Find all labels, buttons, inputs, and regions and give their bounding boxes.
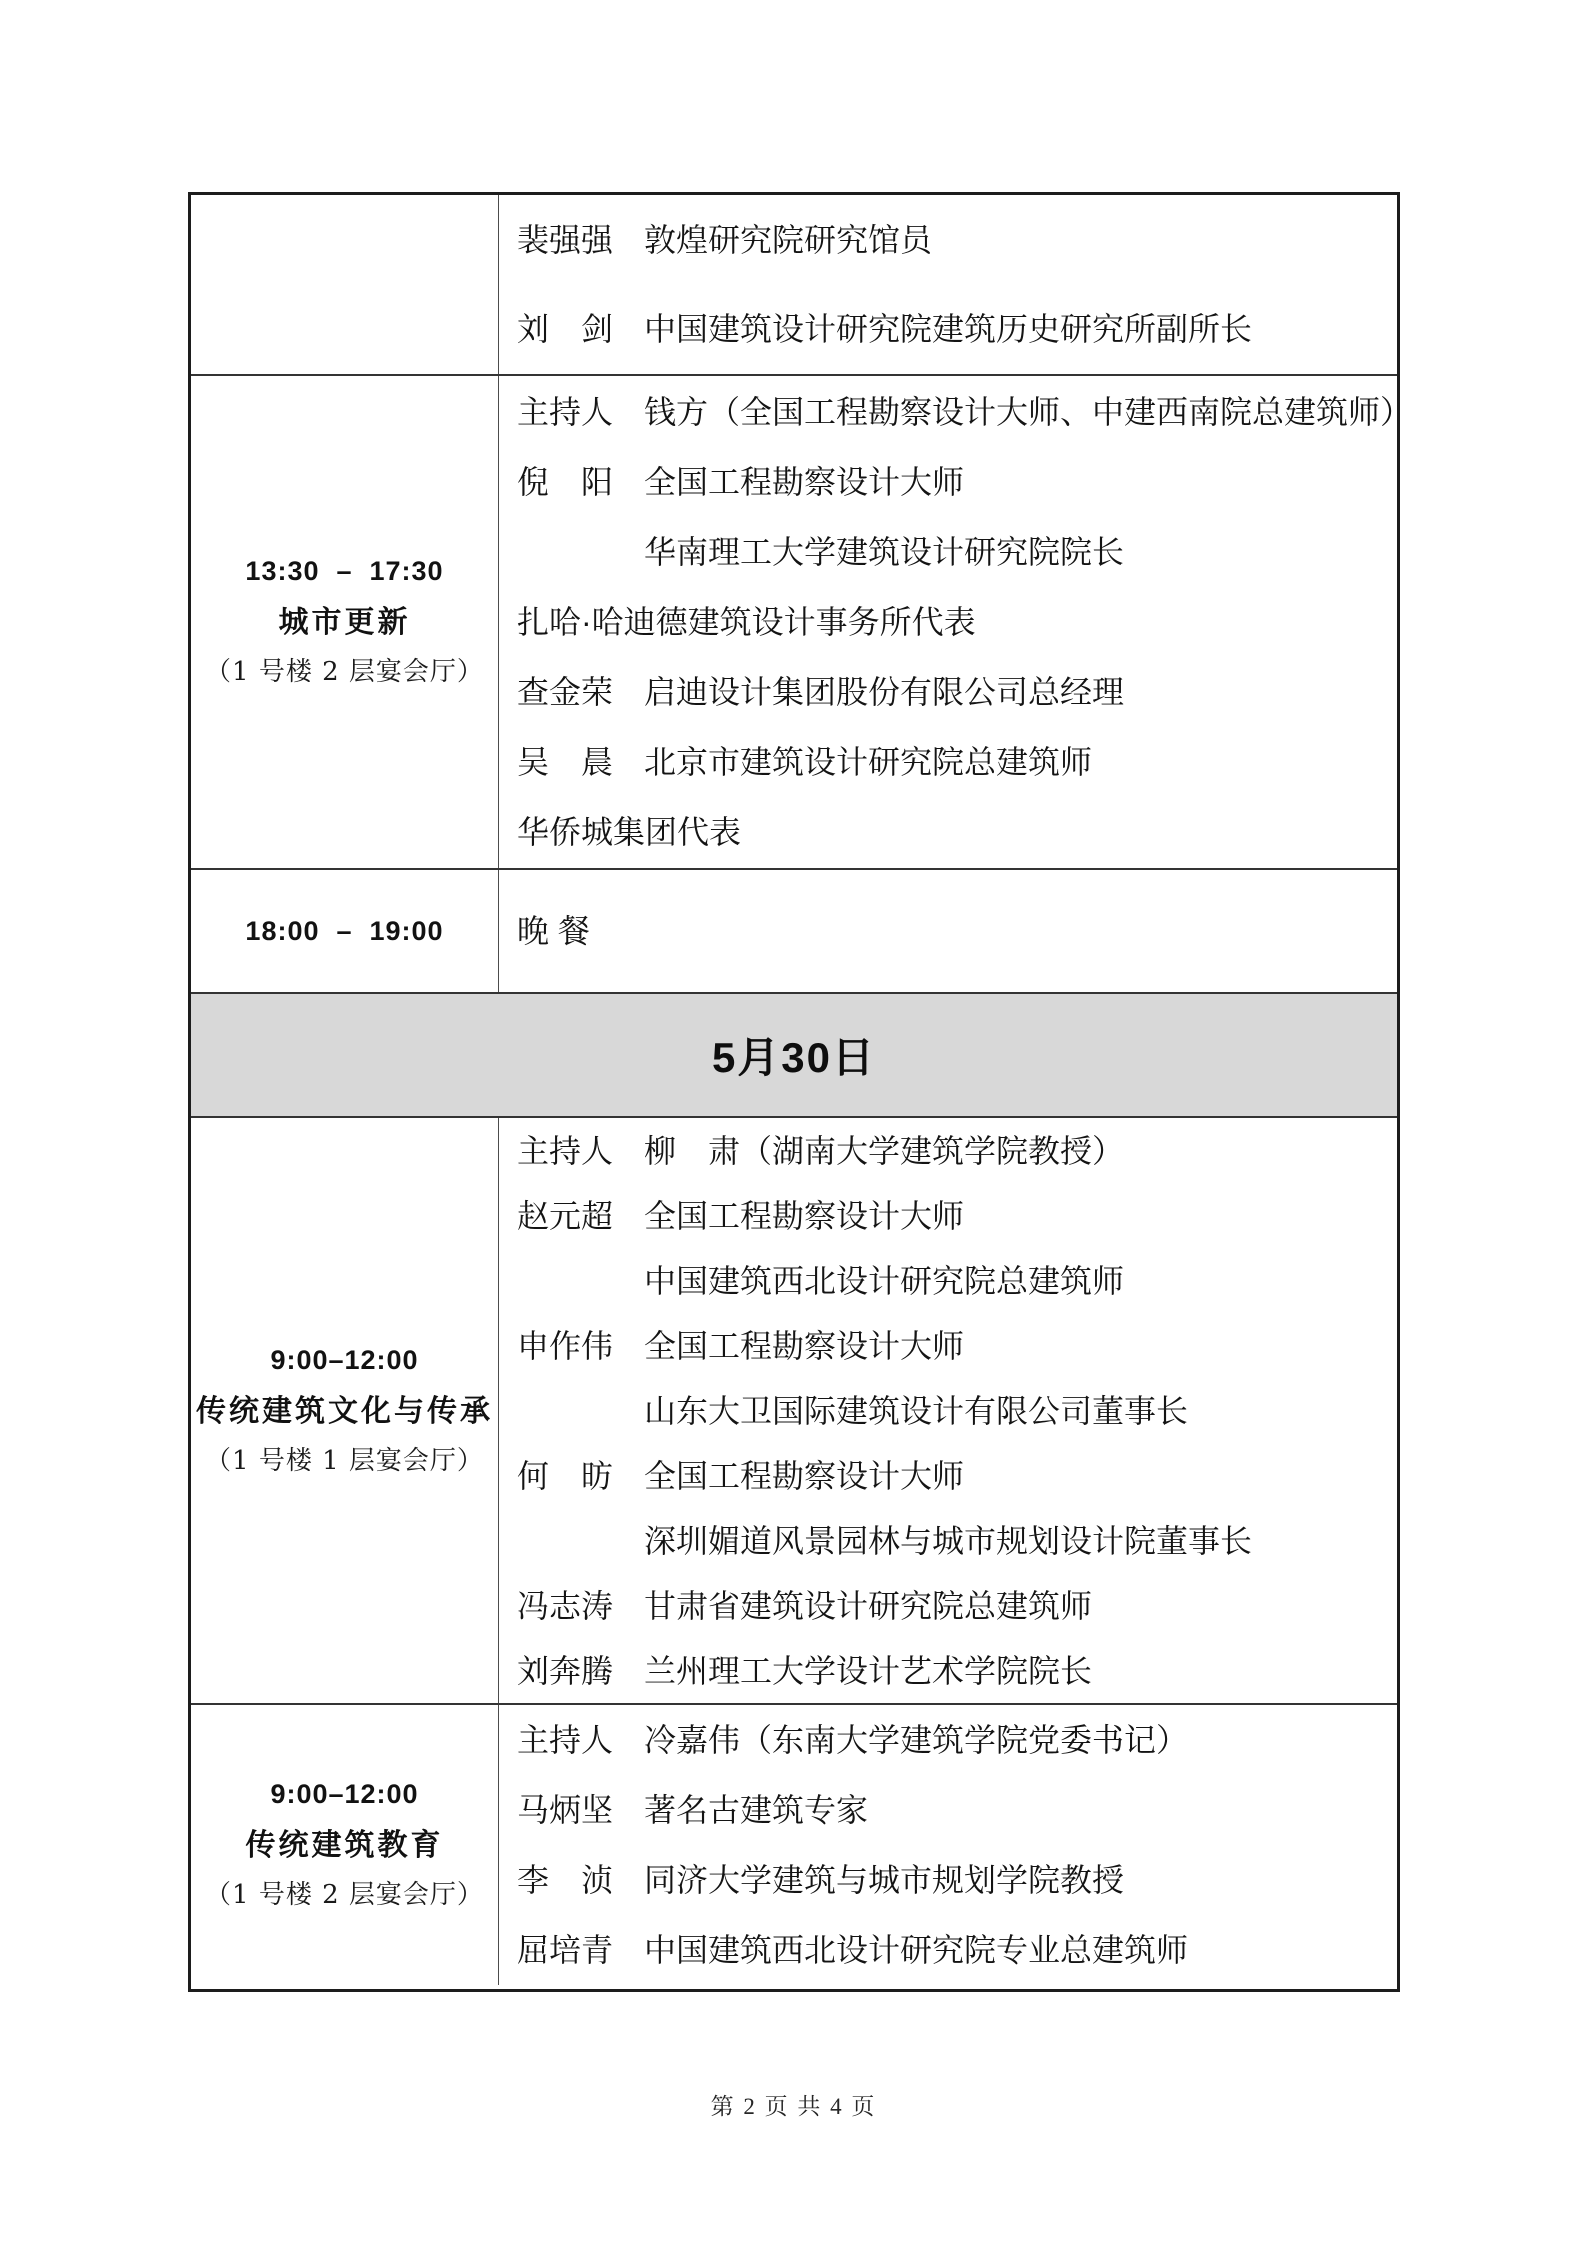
document-page: 裴强强敦煌研究院研究馆员 刘 剑中国建筑设计研究院建筑历史研究所副所长 13:3… (0, 0, 1587, 2245)
detail-line: 赵元超全国工程勘察设计大师 (517, 1183, 1397, 1248)
speaker-title: 甘肃省建筑设计研究院总建筑师 (644, 1590, 1092, 1622)
speaker-name: 马炳坚 (517, 1794, 644, 1826)
speaker-title: 北京市建筑设计研究院总建筑师 (644, 746, 1092, 778)
table-row: 9:00–12:00 传统建筑文化与传承 （1 号楼 1 层宴会厅） 主持人柳 … (191, 1118, 1397, 1705)
session-venue: （1 号楼 2 层宴会厅） (205, 1874, 484, 1911)
session-time: 9:00–12:00 (270, 1345, 418, 1376)
detail-line: 主持人冷嘉伟（东南大学建筑学院党委书记） (517, 1705, 1397, 1775)
table-row: 裴强强敦煌研究院研究馆员 刘 剑中国建筑设计研究院建筑历史研究所副所长 (191, 195, 1397, 376)
schedule-table: 裴强强敦煌研究院研究馆员 刘 剑中国建筑设计研究院建筑历史研究所副所长 13:3… (188, 192, 1400, 1992)
detail-line: 冯志涛甘肃省建筑设计研究院总建筑师 (517, 1573, 1397, 1638)
speaker-name: 刘奔腾 (517, 1655, 644, 1687)
banner-date: 5月30日 (712, 1025, 876, 1085)
time-cell: 9:00–12:00 传统建筑教育 （1 号楼 2 层宴会厅） (191, 1705, 499, 1985)
speaker-title: 柳 肃（湖南大学建筑学院教授） (644, 1135, 1124, 1167)
speaker-title: 同济大学建筑与城市规划学院教授 (644, 1864, 1124, 1896)
speaker-name: 主持人 (517, 1724, 644, 1756)
detail-line: 李 浈同济大学建筑与城市规划学院教授 (517, 1845, 1397, 1915)
table-row: 9:00–12:00 传统建筑教育 （1 号楼 2 层宴会厅） 主持人冷嘉伟（东… (191, 1705, 1397, 1985)
detail-cell: 主持人冷嘉伟（东南大学建筑学院党委书记） 马炳坚著名古建筑专家 李 浈同济大学建… (499, 1705, 1397, 1985)
speaker-name: 冯志涛 (517, 1590, 644, 1622)
speaker-name: 查金荣 (517, 676, 644, 708)
speaker-title: 著名古建筑专家 (644, 1794, 868, 1826)
detail-line: 屈培青中国建筑西北设计研究院专业总建筑师 (517, 1915, 1397, 1985)
detail-line: 吴 晨北京市建筑设计研究院总建筑师 (517, 727, 1412, 797)
speaker-title: 华侨城集团代表 (517, 816, 741, 848)
speaker-title: 全国工程勘察设计大师 (644, 1200, 964, 1232)
speaker-title: 中国建筑西北设计研究院专业总建筑师 (644, 1934, 1188, 1966)
detail-line: 查金荣启迪设计集团股份有限公司总经理 (517, 657, 1412, 727)
speaker-title: 启迪设计集团股份有限公司总经理 (644, 676, 1124, 708)
speaker-title: 扎哈·哈迪德建筑设计事务所代表 (517, 606, 976, 638)
speaker-title: 山东大卫国际建筑设计有限公司董事长 (644, 1395, 1188, 1427)
detail-line: 主持人钱方（全国工程勘察设计大师、中建西南院总建筑师） (517, 377, 1412, 447)
speaker-title: 全国工程勘察设计大师 (644, 1330, 964, 1362)
speaker-name: 主持人 (517, 396, 644, 428)
speaker-name: 倪 阳 (517, 466, 644, 498)
session-title: 传统建筑教育 (246, 1820, 444, 1864)
speaker-title: 敦煌研究院研究馆员 (644, 224, 932, 256)
time-cell: 13:30 – 17:30 城市更新 （1 号楼 2 层宴会厅） (191, 376, 499, 868)
speaker-name: 李 浈 (517, 1864, 644, 1896)
detail-line: 扎哈·哈迪德建筑设计事务所代表 (517, 587, 1412, 657)
speaker-title: 深圳媚道风景园林与城市规划设计院董事长 (644, 1525, 1252, 1557)
detail-line: 中国建筑西北设计研究院总建筑师 (517, 1248, 1397, 1313)
speaker-title: 晚 餐 (517, 915, 590, 947)
detail-line: 山东大卫国际建筑设计有限公司董事长 (517, 1378, 1397, 1443)
speaker-title: 钱方（全国工程勘察设计大师、中建西南院总建筑师） (644, 396, 1412, 428)
time-cell: 9:00–12:00 传统建筑文化与传承 （1 号楼 1 层宴会厅） (191, 1118, 499, 1703)
detail-line: 主持人柳 肃（湖南大学建筑学院教授） (517, 1118, 1397, 1183)
session-venue: （1 号楼 1 层宴会厅） (205, 1440, 484, 1477)
speaker-name: 主持人 (517, 1135, 644, 1167)
speaker-title: 中国建筑西北设计研究院总建筑师 (644, 1265, 1124, 1297)
speaker-name: 裴强强 (517, 224, 644, 256)
speaker-title: 冷嘉伟（东南大学建筑学院党委书记） (644, 1724, 1188, 1756)
detail-line: 刘 剑中国建筑设计研究院建筑历史研究所副所长 (517, 285, 1397, 375)
session-time: 13:30 – 17:30 (245, 556, 443, 587)
speaker-name: 刘 剑 (517, 313, 644, 345)
speaker-name: 吴 晨 (517, 746, 644, 778)
session-title: 城市更新 (279, 597, 411, 641)
speaker-title: 全国工程勘察设计大师 (644, 466, 964, 498)
detail-line: 何 昉全国工程勘察设计大师 (517, 1443, 1397, 1508)
speaker-name: 屈培青 (517, 1934, 644, 1966)
page-footer: 第 2 页 共 4 页 (0, 2088, 1587, 2121)
speaker-title: 中国建筑设计研究院建筑历史研究所副所长 (644, 313, 1252, 345)
speaker-name: 申作伟 (517, 1330, 644, 1362)
detail-line: 裴强强敦煌研究院研究馆员 (517, 195, 1397, 285)
detail-line: 华南理工大学建筑设计研究院院长 (517, 517, 1412, 587)
session-time: 18:00 – 19:00 (245, 916, 443, 947)
session-venue: （1 号楼 2 层宴会厅） (205, 651, 484, 688)
detail-line: 倪 阳全国工程勘察设计大师 (517, 447, 1412, 517)
detail-line: 马炳坚著名古建筑专家 (517, 1775, 1397, 1845)
session-time: 9:00–12:00 (270, 1779, 418, 1810)
date-banner-row: 5月30日 (191, 994, 1397, 1118)
speaker-title: 华南理工大学建筑设计研究院院长 (644, 536, 1124, 568)
detail-line: 深圳媚道风景园林与城市规划设计院董事长 (517, 1508, 1397, 1573)
speaker-name: 赵元超 (517, 1200, 644, 1232)
detail-line: 刘奔腾兰州理工大学设计艺术学院院长 (517, 1638, 1397, 1703)
detail-cell: 裴强强敦煌研究院研究馆员 刘 剑中国建筑设计研究院建筑历史研究所副所长 (499, 195, 1397, 374)
time-cell: 18:00 – 19:00 (191, 870, 499, 992)
time-cell (191, 195, 499, 374)
session-title: 传统建筑文化与传承 (196, 1386, 493, 1430)
detail-cell: 晚 餐 (499, 870, 1397, 992)
detail-cell: 主持人柳 肃（湖南大学建筑学院教授） 赵元超全国工程勘察设计大师 中国建筑西北设… (499, 1118, 1397, 1703)
speaker-title: 全国工程勘察设计大师 (644, 1460, 964, 1492)
detail-cell: 主持人钱方（全国工程勘察设计大师、中建西南院总建筑师） 倪 阳全国工程勘察设计大… (499, 376, 1412, 868)
detail-line: 晚 餐 (517, 870, 1397, 992)
speaker-title: 兰州理工大学设计艺术学院院长 (644, 1655, 1092, 1687)
table-row: 18:00 – 19:00 晚 餐 (191, 870, 1397, 994)
table-row: 13:30 – 17:30 城市更新 （1 号楼 2 层宴会厅） 主持人钱方（全… (191, 376, 1397, 870)
detail-line: 申作伟全国工程勘察设计大师 (517, 1313, 1397, 1378)
detail-line: 华侨城集团代表 (517, 797, 1412, 867)
speaker-name: 何 昉 (517, 1460, 644, 1492)
